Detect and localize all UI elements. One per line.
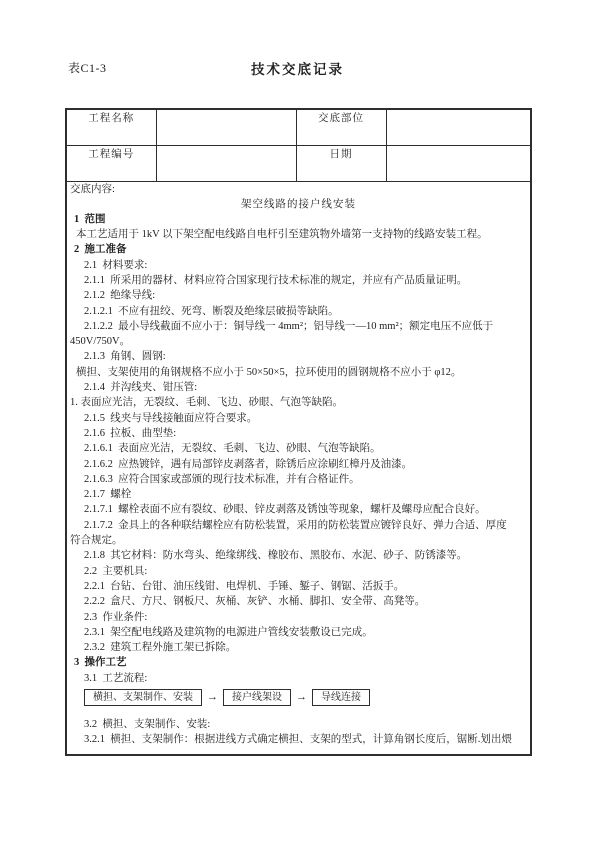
flow-arrow-icon: → <box>207 691 218 703</box>
table-row: 工程编号 日期 <box>66 145 531 181</box>
content-line: 2.1.2.1 不应有扭绞、死弯、断裂及绝缘层破损等缺陷。 <box>67 304 530 319</box>
content-line: 2.3 作业条件: <box>67 610 530 625</box>
disclosure-part-value <box>386 109 531 145</box>
content-line: 横担、支架使用的角钢规格不应小于 50×50×5，拉环使用的圆钢规格不应小于 φ… <box>67 365 530 380</box>
content-line: 2.1 材料要求: <box>67 258 530 273</box>
project-name-value <box>156 109 296 145</box>
content-line: 3.1 工艺流程: <box>67 671 530 686</box>
content-line: 450V/750V。 <box>67 334 530 349</box>
disclosure-table: 工程名称 交底部位 工程编号 日期 交底内容: 架空线路的接户线安装 1 范围本… <box>65 108 532 756</box>
content-line: 2 施工准备 <box>67 242 530 257</box>
date-label: 日期 <box>296 145 386 181</box>
disclosure-part-label: 交底部位 <box>296 109 386 145</box>
table-row: 工程名称 交底部位 <box>66 109 531 145</box>
content-line: 2.3.2 建筑工程外施工架已拆除。 <box>67 640 530 655</box>
blank-line <box>67 708 530 717</box>
content-line: 1. 表面应光洁，无裂纹、毛刺、飞边、砂眼、气泡等缺陷。 <box>67 395 530 410</box>
content-line: 2.1.6.1 表面应光洁，无裂纹、毛刺、飞边、砂眼、气泡等缺陷。 <box>67 441 530 456</box>
content-line: 2.1.8 其它材料：防水弯头、绝缘绑线、橡胶布、黑胶布、水泥、砂子、防锈漆等。 <box>67 548 530 563</box>
disclosure-content-cell: 交底内容: 架空线路的接户线安装 1 范围本工艺适用于 1kV 以下架空配电线路… <box>66 181 531 755</box>
content-line: 2.2.2 盒尺、方尺、钢板尺、灰桶、灰铲、水桶、脚扣、安全带、高凳等。 <box>67 594 530 609</box>
content-line: 2.1.6 拉板、曲型垫: <box>67 426 530 441</box>
content-line: 2.1.7.1 螺栓表面不应有裂纹、砂眼、锌皮剥落及锈蚀等现象，螺杆及螺母应配合… <box>67 502 530 517</box>
content-line: 2.1.5 线夹与导线接触面应符合要求。 <box>67 411 530 426</box>
content-subject: 架空线路的接户线安装 <box>67 197 530 212</box>
content-line: 2.1.6.3 应符合国家或部颁的现行技术标准，并有合格证件。 <box>67 472 530 487</box>
content-line: 3 操作工艺 <box>67 655 530 670</box>
content-line: 3.2.1 横担、支架制作：根据进线方式确定横担、支架的型式，计算角钢长度后，锯… <box>67 732 530 747</box>
content-line: 2.3.1 架空配电线路及建筑物的电源进户管线安装敷设已完成。 <box>67 625 530 640</box>
flow-step-box: 接户线架设 <box>223 689 291 706</box>
content-line: 1 范围 <box>67 212 530 227</box>
content-line: 2.1.2.2 最小导线截面不应小于：铜导线一 4mm²；铝导线一—10 mm²… <box>67 319 530 334</box>
document-header: 表C1-3 技术交底记录 <box>0 58 595 78</box>
project-number-label: 工程编号 <box>66 145 156 181</box>
flow-step-box: 横担、支架制作、安装 <box>84 689 202 706</box>
content-line: 2.1.4 并沟线夹、钳压管: <box>67 380 530 395</box>
content-line: 2.1.7 螺栓 <box>67 487 530 502</box>
date-value <box>386 145 531 181</box>
content-line: 2.1.2 绝缘导线: <box>67 288 530 303</box>
project-name-label: 工程名称 <box>66 109 156 145</box>
content-body-top: 1 范围本工艺适用于 1kV 以下架空配电线路自电杆引至建筑物外墙第一支持物的线… <box>67 212 530 686</box>
content-line: 2.1.1 所采用的器材、材料应符合国家现行技术标准的规定，并应有产品质量证明。 <box>67 273 530 288</box>
content-line: 2.1.3 角钢、圆钢: <box>67 349 530 364</box>
content-line: 2.1.6.2 应热镀锌，遇有局部锌皮剥落者，除锈后应涂刷红樟丹及油漆。 <box>67 457 530 472</box>
content-line: 2.1.7.2 金具上的各种联结螺栓应有防松装置，采用的防松装置应镀锌良好、弹力… <box>67 518 530 533</box>
content-line: 本工艺适用于 1kV 以下架空配电线路自电杆引至建筑物外墙第一支持物的线路安装工… <box>67 227 530 242</box>
process-flowchart: 横担、支架制作、安装 → 接户线架设 → 导线连接 <box>84 686 530 708</box>
content-line: 2.2 主要机具: <box>67 564 530 579</box>
content-line: 符合规定。 <box>67 533 530 548</box>
flow-arrow-icon: → <box>296 691 307 703</box>
content-line: 3.2 横担、支架制作、安装: <box>67 717 530 732</box>
content-body-bottom: 3.2 横担、支架制作、安装:3.2.1 横担、支架制作：根据进线方式确定横担、… <box>67 717 530 748</box>
document-page: 表C1-3 技术交底记录 工程名称 交底部位 工程编号 日期 交底内容: 架空线… <box>0 0 595 842</box>
project-number-value <box>156 145 296 181</box>
flow-step-box: 导线连接 <box>312 689 370 706</box>
form-code: 表C1-3 <box>68 59 107 76</box>
content-line: 2.2.1 台钻、台钳、油压线钳、电焊机、手锤、錾子、钢锯、活扳手。 <box>67 579 530 594</box>
table-row: 交底内容: 架空线路的接户线安装 1 范围本工艺适用于 1kV 以下架空配电线路… <box>66 181 531 755</box>
content-label: 交底内容: <box>67 182 530 197</box>
